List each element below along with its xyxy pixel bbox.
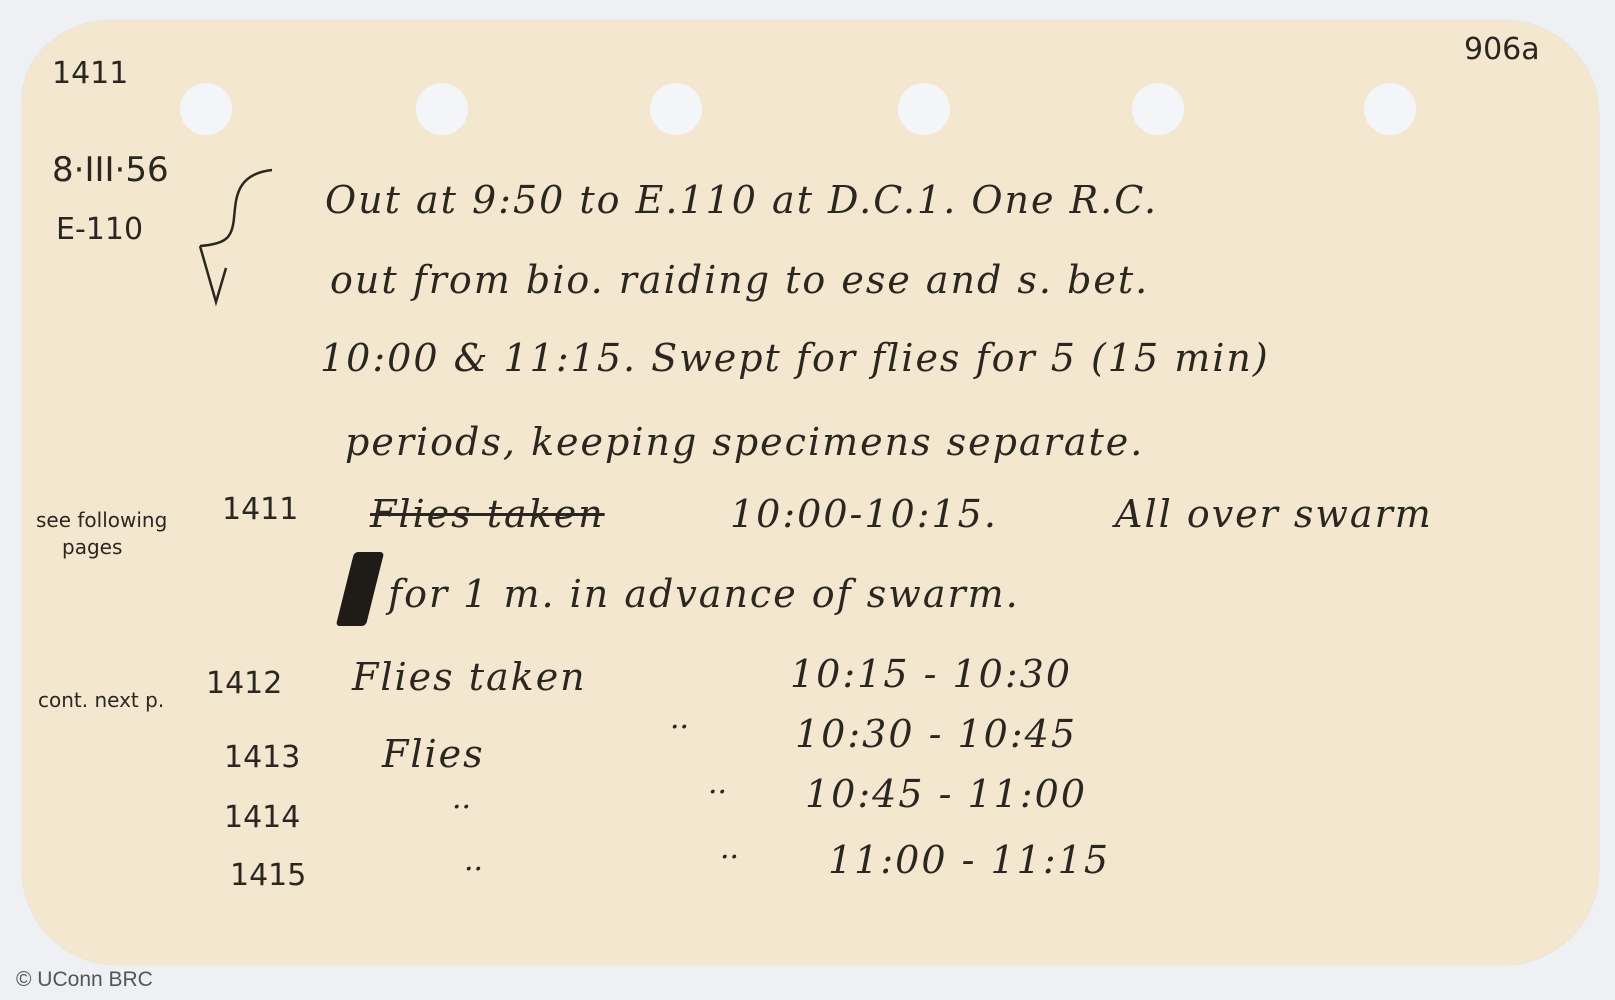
entry-note-continued: for 1 m. in advance of swarm. [388, 572, 1020, 616]
ditto-mark: ·· [464, 852, 483, 887]
punch-hole [650, 83, 702, 135]
ditto-mark: ·· [708, 775, 727, 810]
entry-time: 10:45 - 11:00 [805, 772, 1087, 816]
top-left-number: 1411 [52, 56, 128, 91]
copyright-label: © UConn BRC [16, 968, 153, 992]
margin-note-see-following: see following [36, 508, 167, 532]
entry-time: 10:15 - 10:30 [790, 652, 1072, 696]
entry-number: 1413 [224, 740, 300, 775]
body-line-4: periods, keeping specimens separate. [345, 420, 1144, 464]
entry-number: 1414 [224, 800, 300, 835]
punch-hole [416, 83, 468, 135]
punch-hole [180, 83, 232, 135]
catalog-number: 906a [1464, 32, 1540, 67]
ditto-mark: ·· [452, 790, 471, 825]
margin-note-pages: pages [62, 535, 122, 559]
entry-label: Flies taken [352, 655, 587, 699]
entry-number: 1412 [206, 666, 282, 701]
entry-time: 11:00 - 11:15 [828, 838, 1110, 882]
entry-label: Flies [382, 732, 485, 776]
ditto-mark: ·· [720, 840, 739, 875]
punch-hole [898, 83, 950, 135]
body-line-1: Out at 9:50 to E.110 at D.C.1. One R.C. [325, 178, 1158, 222]
location-code: E-110 [56, 212, 143, 247]
entry-time: 10:30 - 10:45 [795, 712, 1077, 756]
punch-hole [1132, 83, 1184, 135]
body-line-2: out from bio. raiding to ese and s. bet. [330, 258, 1149, 302]
body-line-3: 10:00 & 11:15. Swept for flies for 5 (15… [320, 336, 1270, 380]
entry-number: 1415 [230, 858, 306, 893]
entry-time: 10:00-10:15. [730, 492, 998, 536]
entry-note: All over swarm [1115, 492, 1433, 536]
entry-label: Flies taken [370, 492, 605, 536]
margin-note-cont-next: cont. next p. [38, 688, 164, 712]
brace-icon [196, 168, 276, 308]
ditto-mark: ·· [670, 710, 689, 745]
date: 8·III·56 [52, 150, 169, 190]
punch-hole [1364, 83, 1416, 135]
entry-number: 1411 [222, 492, 298, 527]
